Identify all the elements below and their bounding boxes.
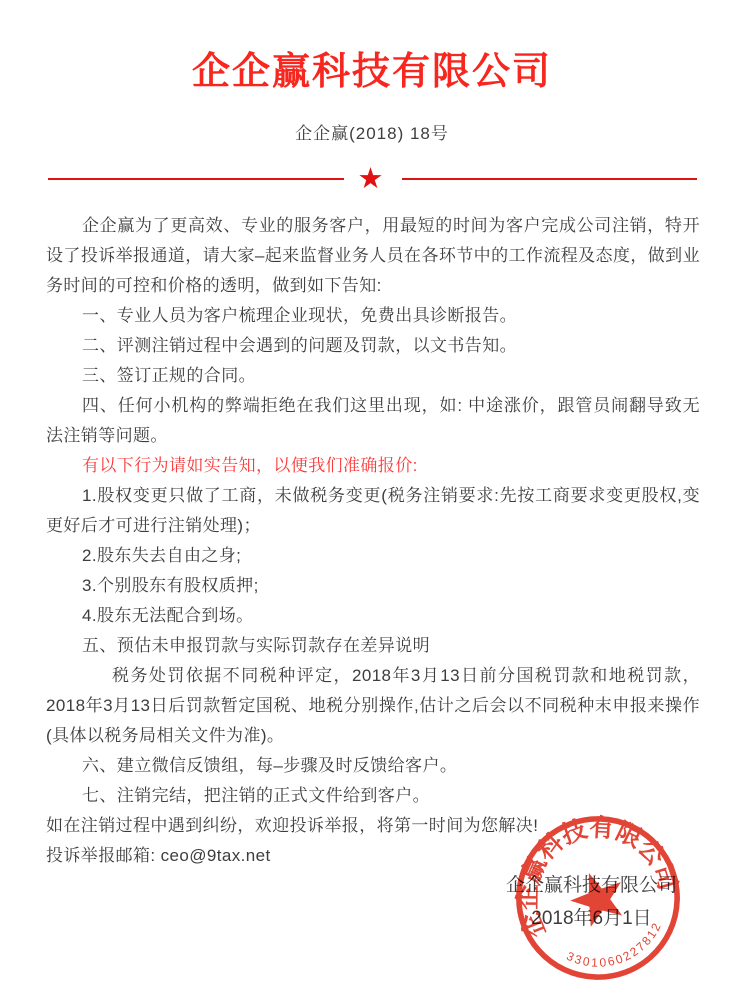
signature-block: 企企赢科技有限公司 2018年6月1日 <box>506 869 677 935</box>
paragraph: 企企赢为了更高效、专业的服务客户，用最短的时间为客户完成公司注销，特开设了投诉举… <box>46 211 700 301</box>
header-divider: ★ <box>48 165 697 193</box>
paragraph: 五、预估未申报罚款与实际罚款存在差异说明 <box>46 631 700 661</box>
paragraph: 六、建立微信反馈组，每–步骤及时反馈给客户。 <box>46 751 700 781</box>
paragraph: 3.个别股东有股权质押; <box>46 571 700 601</box>
paragraph: 三、签订正规的合同。 <box>46 361 700 391</box>
paragraph: 七、注销完结，把注销的正式文件给到客户。 <box>46 781 700 811</box>
paragraph: 4.股东无法配合到场。 <box>46 601 700 631</box>
paragraph: 如在注销过程中遇到纠纷，欢迎投诉举报，将第一时间为您解决! <box>46 811 700 841</box>
notice-heading: 有以下行为请如实告知，以便我们准确报价: <box>46 451 700 481</box>
star-icon: ★ <box>358 165 384 193</box>
paragraph: 一、专业人员为客户梳理企业现状，免费出具诊断报告。 <box>46 301 700 331</box>
signature-company: 企企赢科技有限公司 <box>506 869 677 902</box>
document-page: 企企赢科技有限公司 企企赢(2018) 18号 ★ 企企赢为了更高效、专业的服务… <box>0 0 744 1004</box>
signature-date: 2018年6月1日 <box>506 902 677 935</box>
document-number: 企企赢(2018) 18号 <box>0 119 744 144</box>
paragraph: 2.股东失去自由之身; <box>46 541 700 571</box>
divider-line-right <box>402 178 698 181</box>
paragraph: 四、任何小机构的弊端拒绝在我们这里出现，如: 中途涨价，跟管员闹翻导致无法注销等… <box>46 391 700 451</box>
page-title: 企企赢科技有限公司 <box>0 40 744 95</box>
paragraph: 税务处罚依据不同税种评定，2018年3月13日前分国税罚款和地税罚款，2018年… <box>46 661 700 751</box>
paragraph: 二、评测注销过程中会遇到的问题及罚款，以文书告知。 <box>46 331 700 361</box>
paragraph: 1.股权变更只做了工商，未做税务变更(税务注销要求:先按工商要求变更股权,变更好… <box>46 481 700 541</box>
divider-line-left <box>48 178 344 181</box>
paragraph: 投诉举报邮箱: ceo@9tax.net <box>46 841 700 871</box>
body-paragraphs: 企企赢为了更高效、专业的服务客户，用最短的时间为客户完成公司注销，特开设了投诉举… <box>46 211 700 871</box>
